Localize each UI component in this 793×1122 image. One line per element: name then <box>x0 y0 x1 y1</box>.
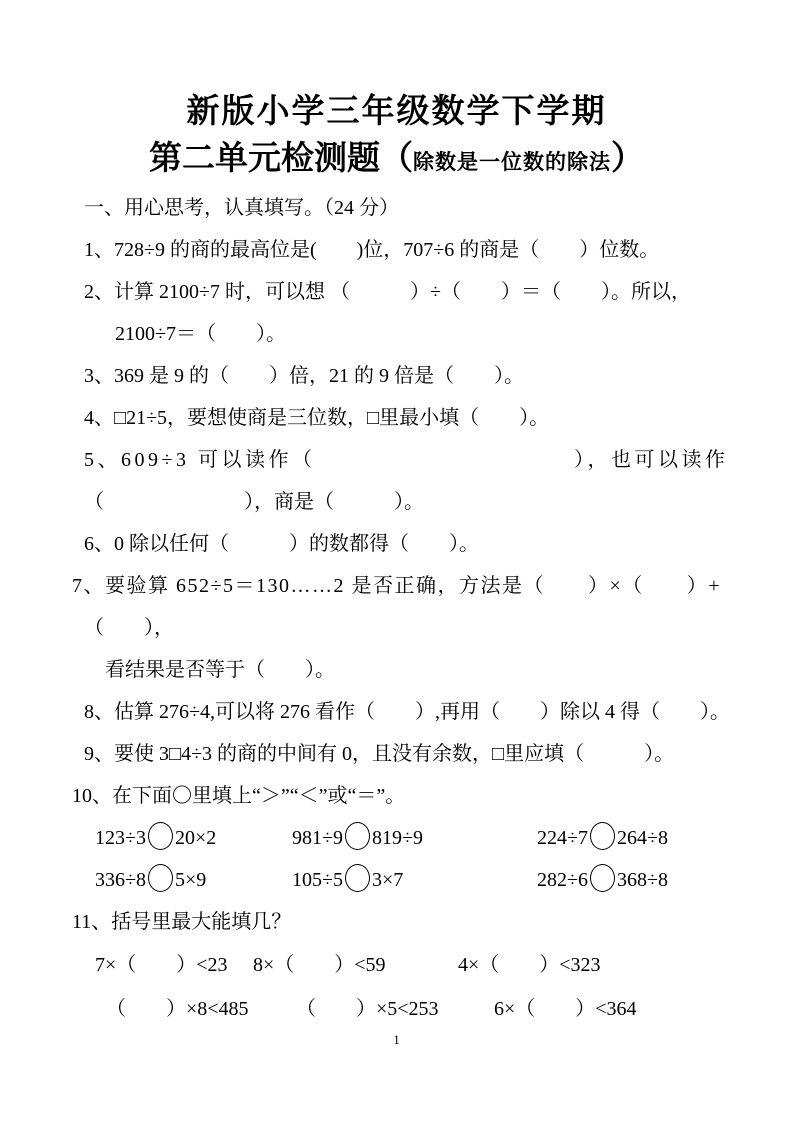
question-11: 11、括号里最大能填几？ <box>72 901 753 943</box>
inequality-item: （ ）×5<253 <box>296 987 494 1031</box>
question-7-line1: 7、要验算 652÷5＝130……2 是否正确，方法是（ ）×（ ）+ <box>72 565 753 607</box>
expression-left: 282÷6 <box>537 869 588 891</box>
expression-right: 264÷8 <box>617 827 668 849</box>
expression-left: 224÷7 <box>537 827 588 849</box>
question-7-line3: 看结果是否等于（ ）。 <box>84 649 753 691</box>
inequality-item: 4×（ ）<323 <box>458 943 753 987</box>
question-5-line2: （ ），商是（ ）。 <box>84 481 753 523</box>
comparison-row: 336÷85×9 105÷53×7 282÷6368÷8 <box>84 859 753 901</box>
question-1: 1、728÷9 的商的最高位是( )位，707÷6 的商是（ ）位数。 <box>84 229 753 271</box>
question-5-line1: 5、609÷3 可以读作（ ），也可以读作 <box>84 439 753 481</box>
circle-blank-icon <box>590 822 615 850</box>
section-heading: 一、用心思考，认真填写。（24 分） <box>84 187 753 229</box>
expression-left: 981÷9 <box>292 827 343 849</box>
subtitle-note: 除数是一位数的除法 <box>413 150 611 174</box>
page-title: 新版小学三年级数学下学期 <box>0 0 793 134</box>
subtitle-paren-close: ） <box>611 141 644 177</box>
expression-right: 368÷8 <box>617 869 668 891</box>
circle-blank-icon <box>590 864 615 892</box>
question-7-line2: （ ）， <box>84 607 753 649</box>
expression-right: 3×7 <box>372 869 403 891</box>
comparison-item: 981÷9819÷9 <box>292 817 537 859</box>
comparison-item: 224÷7264÷8 <box>537 817 753 859</box>
comparison-item: 336÷85×9 <box>95 859 292 901</box>
question-4: 4、□21÷5，要想使商是三位数，□里最小填（ ）。 <box>84 397 753 439</box>
page-subtitle: 第二单元检测题（除数是一位数的除法） <box>0 134 793 187</box>
subtitle-main: 第二单元检测题 <box>149 141 380 177</box>
expression-right: 5×9 <box>175 869 206 891</box>
comparison-item: 105÷53×7 <box>292 859 537 901</box>
expression-left: 123÷3 <box>95 827 146 849</box>
worksheet-body: 一、用心思考，认真填写。（24 分） 1、728÷9 的商的最高位是( )位，7… <box>0 187 793 1031</box>
max-fill-row: （ ）×8<485 （ ）×5<253 6×（ ）<364 <box>84 987 753 1031</box>
circle-blank-icon <box>148 822 173 850</box>
expression-left: 336÷8 <box>95 869 146 891</box>
expression-right: 20×2 <box>175 827 216 849</box>
expression-left: 105÷5 <box>292 869 343 891</box>
question-6: 6、0 除以任何（ ）的数都得（ ）。 <box>84 523 753 565</box>
inequality-item: （ ）×8<485 <box>106 987 296 1031</box>
inequality-item: 6×（ ）<364 <box>494 987 753 1031</box>
circle-blank-icon <box>345 822 370 850</box>
worksheet-page: 新版小学三年级数学下学期 第二单元检测题（除数是一位数的除法） 一、用心思考，认… <box>0 0 793 1122</box>
circle-blank-icon <box>148 864 173 892</box>
comparison-item: 282÷6368÷8 <box>537 859 753 901</box>
question-3: 3、369 是 9 的（ ）倍，21 的 9 倍是（ ）。 <box>84 355 753 397</box>
expression-right: 819÷9 <box>372 827 423 849</box>
circle-blank-icon <box>345 864 370 892</box>
page-number: 1 <box>0 1032 793 1048</box>
inequality-item: 8×（ ）<59 <box>253 943 458 987</box>
comparison-row: 123÷320×2 981÷9819÷9 224÷7264÷8 <box>84 817 753 859</box>
subtitle-paren-open: （ <box>380 141 413 177</box>
question-9: 9、要使 3□4÷3 的商的中间有 0，且没有余数，□里应填（ ）。 <box>84 733 753 775</box>
max-fill-row: 7×（ ）<23 8×（ ）<59 4×（ ）<323 <box>84 943 753 987</box>
question-8: 8、估算 276÷4,可以将 276 看作（ ）,再用（ ）除以 4 得（ ）。 <box>84 691 753 733</box>
question-10: 10、在下面〇里填上“＞”“＜”或“＝”。 <box>72 775 753 817</box>
comparison-item: 123÷320×2 <box>95 817 292 859</box>
question-2-line1: 2、计算 2100÷7 时，可以想 （ ）÷（ ）＝（ ）。所以， <box>84 271 753 313</box>
question-2-line2: 2100÷7＝（ ）。 <box>84 313 753 355</box>
inequality-item: 7×（ ）<23 <box>95 943 253 987</box>
